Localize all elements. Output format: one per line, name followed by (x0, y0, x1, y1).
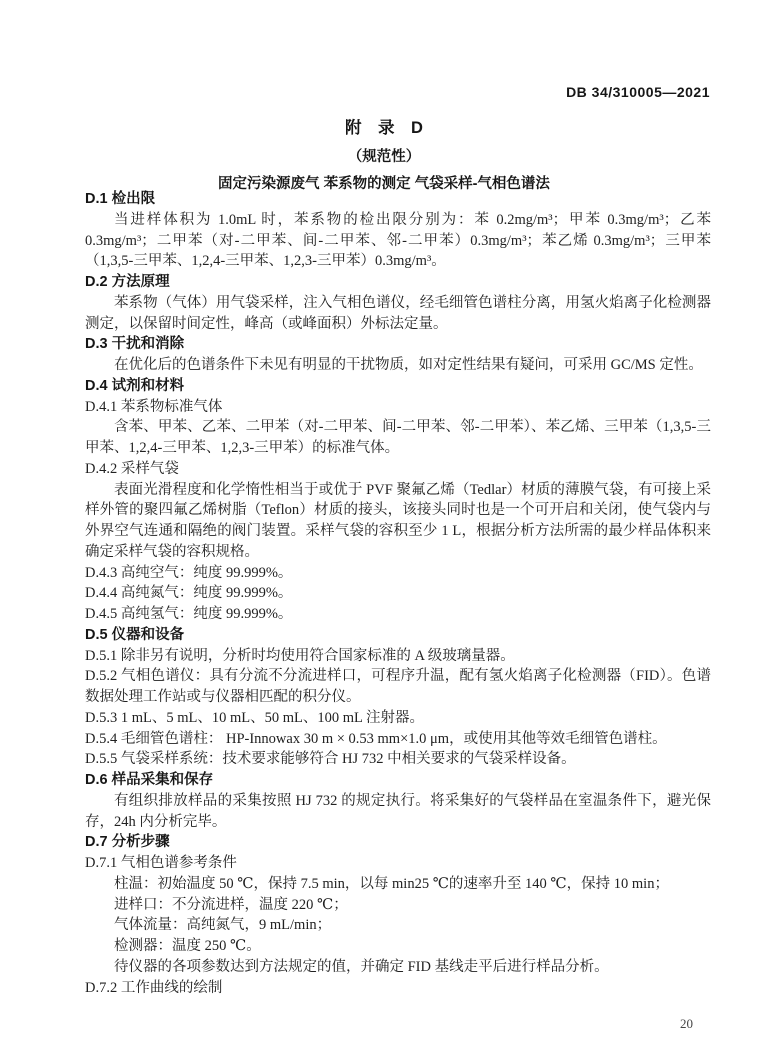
text-line: 含苯、甲苯、乙苯、二甲苯（对-二甲苯、间-二甲苯、邻-二甲苯）、苯乙烯、三甲苯（… (85, 417, 711, 459)
text-line: D.4.5 高纯氢气：纯度 99.999%。 (85, 604, 711, 625)
section-heading: D.5 仪器和设备 (85, 625, 711, 646)
text-line: D.4.2 采样气袋 (85, 459, 711, 480)
section-heading: D.4 试剂和材料 (85, 376, 711, 397)
text-line: D.5.1 除非另有说明，分析时均使用符合国家标准的 A 级玻璃量器。 (85, 646, 711, 667)
document-body: D.1 检出限当进样体积为 1.0mL 时，苯系物的检出限分别为：苯 0.2mg… (85, 189, 711, 998)
text-line: D.5.2 气相色谱仪：具有分流不分流进样口，可程序升温，配有氢火焰离子化检测器… (85, 666, 711, 708)
text-line: 有组织排放样品的采集按照 HJ 732 的规定执行。将采集好的气袋样品在室温条件… (85, 791, 711, 833)
appendix-title: 附 录 D (0, 114, 768, 138)
text-line: 当进样体积为 1.0mL 时，苯系物的检出限分别为：苯 0.2mg/m³；甲苯 … (85, 210, 711, 272)
text-line: D.7.2 工作曲线的绘制 (85, 978, 711, 999)
text-line: D.4.1 苯系物标准气体 (85, 397, 711, 418)
section-heading: D.7 分析步骤 (85, 832, 711, 853)
text-line: 气体流量：高纯氮气，9 mL/min； (85, 915, 711, 936)
text-line: 在优化后的色谱条件下未见有明显的干扰物质，如对定性结果有疑问，可采用 GC/MS… (85, 355, 711, 376)
section-heading: D.6 样品采集和保存 (85, 770, 711, 791)
text-line: D.4.3 高纯空气：纯度 99.999%。 (85, 563, 711, 584)
text-line: 检测器：温度 250 ℃。 (85, 936, 711, 957)
text-line: D.5.3 1 mL、5 mL、10 mL、50 mL、100 mL 注射器。 (85, 708, 711, 729)
title-block: 附 录 D （规范性） 固定污染源废气 苯系物的测定 气袋采样-气相色谱法 (0, 114, 768, 193)
page-number: 20 (680, 1016, 693, 1032)
text-line: D.7.1 气相色谱参考条件 (85, 853, 711, 874)
section-heading: D.2 方法原理 (85, 272, 711, 293)
text-line: 柱温：初始温度 50 ℃，保持 7.5 min，以每 min25 ℃的速率升至 … (85, 874, 711, 895)
text-line: 待仪器的各项参数达到方法规定的值，并确定 FID 基线走平后进行样品分析。 (85, 957, 711, 978)
text-line: 进样口：不分流进样，温度 220 ℃； (85, 895, 711, 916)
text-line: D.5.5 气袋采样系统：技术要求能够符合 HJ 732 中相关要求的气袋采样设… (85, 749, 711, 770)
text-line: D.5.4 毛细管色谱柱： HP-Innowax 30 m × 0.53 mm×… (85, 729, 711, 750)
section-heading: D.1 检出限 (85, 189, 711, 210)
section-heading: D.3 干扰和消除 (85, 334, 711, 355)
text-line: 表面光滑程度和化学惰性相当于或优于 PVF 聚氟乙烯（Tedlar）材质的薄膜气… (85, 480, 711, 563)
normative-label: （规范性） (0, 145, 768, 166)
standard-doc-number: DB 34/310005—2021 (566, 84, 710, 100)
text-line: 苯系物（气体）用气袋采样，注入气相色谱仪，经毛细管色谱柱分离，用氢火焰离子化检测… (85, 293, 711, 335)
document-page: DB 34/310005—2021 附 录 D （规范性） 固定污染源废气 苯系… (0, 0, 768, 1055)
text-line: D.4.4 高纯氮气：纯度 99.999%。 (85, 583, 711, 604)
